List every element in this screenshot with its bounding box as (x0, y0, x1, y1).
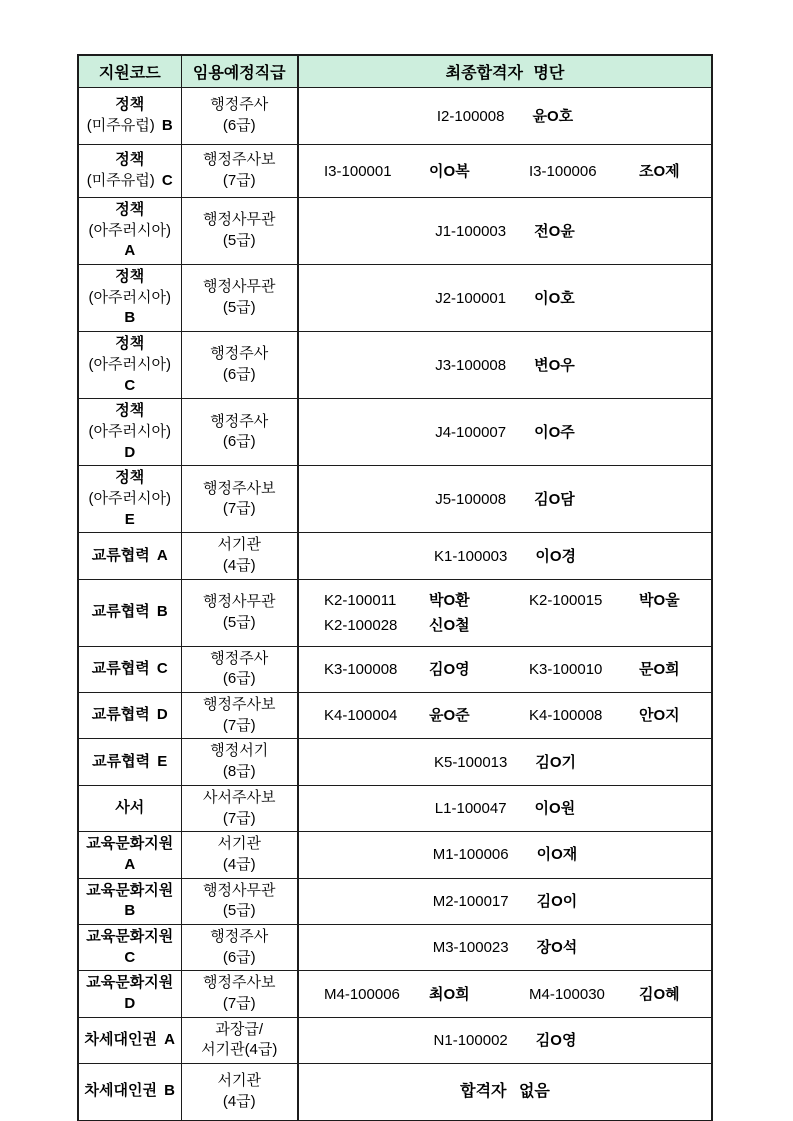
col-header-expected-grade: 임용예정직급 (181, 55, 298, 88)
applicant-name: 이O원 (535, 798, 576, 819)
application-code-cell: 사서 (78, 785, 181, 831)
table-row: 교육문화지원D행정주사보(7급)M4-100006최O희M4-100030김O혜 (78, 971, 712, 1017)
application-code-text: 차세대인권 A (85, 1031, 175, 1048)
winners-cell: L1-100047이O원 (298, 785, 712, 831)
application-code-line: 정책 (80, 267, 180, 288)
winners-line: I3-100001이O복I3-100006조O제 (299, 161, 711, 182)
applicant-id: K2-100015 (529, 590, 602, 611)
applicant-name: 윤O호 (532, 106, 573, 127)
application-code-cell: 차세대인권 A (78, 1017, 181, 1063)
applicant-id: K4-100008 (529, 705, 602, 726)
applicant-name: 박O환 (429, 590, 470, 611)
application-code-line: (아주러시아) B (80, 288, 180, 329)
expected-grade-line: (7급) (182, 716, 298, 737)
applicant-name: 신O철 (429, 615, 470, 636)
application-code-text: (아주러시아) (89, 289, 171, 306)
expected-grade-line: (7급) (182, 809, 298, 830)
table-row: 교류협력 D행정주사보(7급)K4-100004윤O준K4-100008안O지 (78, 693, 712, 739)
applicant-id: M4-100030 (529, 984, 605, 1005)
applicant-id: J2-100001 (435, 288, 506, 309)
application-code-line: (미주유럽) B (80, 116, 180, 137)
winners-cell: I2-100008윤O호 (298, 88, 712, 145)
applicant-id: K5-100013 (434, 752, 507, 773)
winners-cell: K5-100013김O기 (298, 739, 712, 785)
application-code-text: (미주유럽) (87, 172, 162, 189)
application-code-text: 정책 (115, 469, 144, 486)
application-code-text: 교류협력 C (92, 660, 168, 677)
expected-grade-line: (5급) (182, 613, 298, 634)
expected-grade-line: 행정주사 (182, 927, 298, 948)
winners-cell: 합격자 없음 (298, 1064, 712, 1121)
applicant-id: M4-100006 (324, 984, 400, 1005)
expected-grade-cell: 행정사무관(5급) (181, 579, 298, 646)
expected-grade-cell: 행정주사(6급) (181, 646, 298, 692)
table-row: 교류협력 E행정서기(8급)K5-100013김O기 (78, 739, 712, 785)
winners-cell: M2-100017김O이 (298, 878, 712, 924)
expected-grade-line: 과장급/ (182, 1020, 298, 1041)
application-code-line: 교류협력 D (80, 705, 180, 726)
table-row: 정책(미주유럽) B행정주사(6급)I2-100008윤O호 (78, 88, 712, 145)
winners-cell: J4-100007이O주 (298, 399, 712, 466)
expected-grade-cell: 사서주사보(7급) (181, 785, 298, 831)
applicant-id: M1-100006 (433, 844, 509, 865)
application-code-text: 사서 (115, 799, 144, 816)
expected-grade-line: (5급) (182, 231, 298, 252)
application-code-line: 교육문화지원 (80, 881, 180, 902)
applicant-name: 김O기 (535, 752, 576, 773)
expected-grade-line: 서기관 (182, 535, 298, 556)
application-code-line: 정책 (80, 334, 180, 355)
expected-grade-line: 행정사무관 (182, 277, 298, 298)
applicant-id: M3-100023 (433, 937, 509, 958)
expected-grade-line: (6급) (182, 669, 298, 690)
application-code-text: 교육문화지원 (86, 882, 173, 899)
winners-line: J5-100008김O담 (299, 489, 711, 510)
applicant-name: 문O희 (639, 659, 680, 680)
applicant-name: 안O지 (639, 705, 680, 726)
winners-cell: J2-100001이O호 (298, 265, 712, 332)
winners-line: M2-100017김O이 (299, 891, 711, 912)
expected-grade-line: (7급) (182, 994, 298, 1015)
application-code-line: 교류협력 E (80, 752, 180, 773)
expected-grade-line: 서기관(4급) (182, 1040, 298, 1061)
winners-line: I2-100008윤O호 (299, 106, 711, 127)
applicant-name: 이O복 (429, 161, 470, 182)
expected-grade-line: 행정주사 (182, 649, 298, 670)
application-code-line: (아주러시아) C (80, 355, 180, 396)
expected-grade-cell: 서기관(4급) (181, 533, 298, 579)
application-code-line: 정책 (80, 468, 180, 489)
winners-cell: M1-100006이O재 (298, 832, 712, 878)
application-code-text: D (124, 444, 135, 461)
col-header-application-code: 지원코드 (78, 55, 181, 88)
application-code-text: C (124, 377, 135, 394)
document-page: 지원코드 임용예정직급 최종합격자 명단 정책(미주유럽) B행정주사(6급)I… (0, 0, 793, 1121)
applicant-id: M2-100017 (433, 891, 509, 912)
table-row: 정책(아주러시아) D행정주사(6급)J4-100007이O주 (78, 399, 712, 466)
application-code-line: 교류협력 C (80, 659, 180, 680)
expected-grade-cell: 행정주사(6급) (181, 332, 298, 399)
applicant-name: 변O우 (534, 355, 575, 376)
application-code-text: 정책 (115, 96, 144, 113)
applicant-name: 김O담 (534, 489, 575, 510)
expected-grade-line: 행정서기 (182, 741, 298, 762)
winners-cell: K4-100004윤O준K4-100008안O지 (298, 693, 712, 739)
application-code-line: (아주러시아) A (80, 221, 180, 262)
winners-line: N1-100002김O영 (299, 1030, 711, 1051)
expected-grade-line: 행정사무관 (182, 592, 298, 613)
application-code-text: 교류협력 A (92, 547, 168, 564)
application-code-text: (아주러시아) (89, 356, 171, 373)
applicant-id: K3-100010 (529, 659, 602, 680)
table-body: 정책(미주유럽) B행정주사(6급)I2-100008윤O호정책(미주유럽) C… (78, 88, 712, 1121)
application-code-cell: 교육문화지원D (78, 971, 181, 1017)
table-row: 차세대인권 A과장급/서기관(4급)N1-100002김O영 (78, 1017, 712, 1063)
application-code-text: C (162, 172, 173, 189)
application-code-line: 교류협력 A (80, 546, 180, 567)
expected-grade-line: 행정주사보 (182, 695, 298, 716)
applicant-id: I3-100006 (529, 161, 597, 182)
expected-grade-line: (7급) (182, 499, 298, 520)
application-code-line: 정책 (80, 401, 180, 422)
expected-grade-line: (4급) (182, 556, 298, 577)
expected-grade-cell: 행정주사보(7급) (181, 145, 298, 198)
applicant-id: N1-100002 (434, 1030, 508, 1051)
expected-grade-cell: 행정사무관(5급) (181, 878, 298, 924)
application-code-cell: 정책(아주러시아) A (78, 198, 181, 265)
winners-cell: M3-100023장O석 (298, 924, 712, 970)
application-code-cell: 교육문화지원B (78, 878, 181, 924)
applicant-name: 최O희 (429, 984, 470, 1005)
table-row: 정책(아주러시아) B행정사무관(5급)J2-100001이O호 (78, 265, 712, 332)
winners-line: K5-100013김O기 (299, 752, 711, 773)
winners-line: K3-100008김O영K3-100010문O희 (299, 659, 711, 680)
winners-line: M1-100006이O재 (299, 844, 711, 865)
applicant-id: K2-100028 (324, 615, 397, 636)
application-code-line: 교육문화지원 (80, 973, 180, 994)
table-row: 교육문화지원B행정사무관(5급)M2-100017김O이 (78, 878, 712, 924)
winners-cell: K3-100008김O영K3-100010문O희 (298, 646, 712, 692)
table-row: 교육문화지원A서기관(4급)M1-100006이O재 (78, 832, 712, 878)
application-code-text: 차세대인권 B (85, 1082, 175, 1099)
expected-grade-line: 사서주사보 (182, 788, 298, 809)
winners-line: K2-100028신O철 (299, 615, 711, 636)
applicant-name: 이O재 (537, 844, 578, 865)
expected-grade-line: 행정주사보 (182, 479, 298, 500)
application-code-text: E (125, 511, 135, 528)
application-code-cell: 정책(아주러시아) B (78, 265, 181, 332)
winners-line: J3-100008변O우 (299, 355, 711, 376)
application-code-cell: 정책(아주러시아) D (78, 399, 181, 466)
winners-line: K2-100011박O환K2-100015박O울 (299, 590, 711, 611)
application-code-text: (미주유럽) (87, 117, 162, 134)
expected-grade-cell: 행정주사보(7급) (181, 971, 298, 1017)
application-code-text: B (124, 902, 135, 919)
table-row: 정책(아주러시아) C행정주사(6급)J3-100008변O우 (78, 332, 712, 399)
application-code-line: C (80, 948, 180, 969)
winners-cell: J5-100008김O담 (298, 466, 712, 533)
expected-grade-line: 행정주사보 (182, 150, 298, 171)
applicant-id: K2-100011 (324, 590, 396, 611)
table-row: 교육문화지원C행정주사(6급)M3-100023장O석 (78, 924, 712, 970)
expected-grade-line: (5급) (182, 298, 298, 319)
application-code-text: 정책 (115, 402, 144, 419)
winners-cell: K1-100003이O경 (298, 533, 712, 579)
application-code-cell: 교육문화지원C (78, 924, 181, 970)
applicant-name: 장O석 (537, 937, 578, 958)
application-code-text: 교육문화지원 (86, 928, 173, 945)
table-row: 교류협력 A서기관(4급)K1-100003이O경 (78, 533, 712, 579)
application-code-text: B (162, 117, 173, 134)
expected-grade-cell: 서기관(4급) (181, 1064, 298, 1121)
application-code-line: 정책 (80, 200, 180, 221)
expected-grade-cell: 행정사무관(5급) (181, 198, 298, 265)
winners-cell: M4-100006최O희M4-100030김O혜 (298, 971, 712, 1017)
table-row: 정책(아주러시아) E행정주사보(7급)J5-100008김O담 (78, 466, 712, 533)
applicant-id: K4-100004 (324, 705, 397, 726)
application-code-text: 교류협력 E (92, 753, 167, 770)
expected-grade-cell: 행정주사보(7급) (181, 693, 298, 739)
winners-line: J4-100007이O주 (299, 422, 711, 443)
expected-grade-line: 서기관 (182, 1071, 298, 1092)
table-row: 교류협력 B행정사무관(5급)K2-100011박O환K2-100015박O울K… (78, 579, 712, 646)
winners-cell: I3-100001이O복I3-100006조O제 (298, 145, 712, 198)
application-code-cell: 교류협력 A (78, 533, 181, 579)
expected-grade-cell: 행정서기(8급) (181, 739, 298, 785)
table-row: 교류협력 C행정주사(6급)K3-100008김O영K3-100010문O희 (78, 646, 712, 692)
application-code-cell: 정책(아주러시아) E (78, 466, 181, 533)
winners-line: L1-100047이O원 (299, 798, 711, 819)
table-row: 정책(미주유럽) C행정주사보(7급)I3-100001이O복I3-100006… (78, 145, 712, 198)
expected-grade-line: 행정주사 (182, 412, 298, 433)
expected-grade-line: (6급) (182, 948, 298, 969)
winners-line: K4-100004윤O준K4-100008안O지 (299, 705, 711, 726)
table-row: 차세대인권 B서기관(4급)합격자 없음 (78, 1064, 712, 1121)
applicant-id: J5-100008 (435, 489, 506, 510)
application-code-text: B (124, 309, 135, 326)
winners-line: J2-100001이O호 (299, 288, 711, 309)
application-code-line: 정책 (80, 150, 180, 171)
winners-line: K1-100003이O경 (299, 546, 711, 567)
applicant-name: 김O혜 (639, 984, 680, 1005)
expected-grade-cell: 과장급/서기관(4급) (181, 1017, 298, 1063)
application-code-text: (아주러시아) (89, 423, 171, 440)
expected-grade-cell: 행정주사(6급) (181, 399, 298, 466)
table-row: 정책(아주러시아) A행정사무관(5급)J1-100003전O윤 (78, 198, 712, 265)
application-code-line: (아주러시아) E (80, 489, 180, 530)
applicant-id: L1-100047 (435, 798, 507, 819)
col-header-final-pass-list: 최종합격자 명단 (298, 55, 712, 88)
application-code-cell: 정책(미주유럽) C (78, 145, 181, 198)
application-code-cell: 차세대인권 B (78, 1064, 181, 1121)
application-code-text: 정책 (115, 201, 144, 218)
expected-grade-line: (6급) (182, 432, 298, 453)
application-code-cell: 교류협력 C (78, 646, 181, 692)
application-code-text: 교육문화지원 (86, 835, 173, 852)
applicant-id: J4-100007 (435, 422, 506, 443)
application-code-line: 교육문화지원 (80, 927, 180, 948)
application-code-text: C (124, 949, 135, 966)
expected-grade-line: 행정사무관 (182, 210, 298, 231)
expected-grade-line: (4급) (182, 1092, 298, 1113)
applicant-name: 김O영 (429, 659, 470, 680)
expected-grade-line: 서기관 (182, 834, 298, 855)
application-code-line: 사서 (80, 798, 180, 819)
winners-cell: J3-100008변O우 (298, 332, 712, 399)
application-code-text: A (124, 242, 135, 259)
application-code-text: 정책 (115, 268, 144, 285)
applicant-id: I2-100008 (437, 106, 505, 127)
applicant-id: I3-100001 (324, 161, 392, 182)
application-code-text: 정책 (115, 335, 144, 352)
header-row: 지원코드 임용예정직급 최종합격자 명단 (78, 55, 712, 88)
winners-line: M3-100023장O석 (299, 937, 711, 958)
application-code-line: 차세대인권 B (80, 1081, 180, 1102)
applicant-name: 조O제 (639, 161, 680, 182)
winners-line: J1-100003전O윤 (299, 221, 711, 242)
applicant-id: K3-100008 (324, 659, 397, 680)
application-code-line: 정책 (80, 95, 180, 116)
application-code-cell: 정책(미주유럽) B (78, 88, 181, 145)
application-code-cell: 교류협력 D (78, 693, 181, 739)
applicant-id: J3-100008 (435, 355, 506, 376)
applicant-id: K1-100003 (434, 546, 507, 567)
expected-grade-line: 행정사무관 (182, 881, 298, 902)
application-code-line: D (80, 994, 180, 1015)
expected-grade-cell: 행정주사(6급) (181, 88, 298, 145)
expected-grade-line: (4급) (182, 855, 298, 876)
applicant-name: 이O호 (534, 288, 575, 309)
application-code-line: (아주러시아) D (80, 422, 180, 463)
expected-grade-line: (5급) (182, 901, 298, 922)
applicant-name: 전O윤 (534, 221, 575, 242)
application-code-line: 교류협력 B (80, 602, 180, 623)
application-code-text: (아주러시아) (89, 490, 171, 507)
application-code-cell: 교육문화지원A (78, 832, 181, 878)
expected-grade-line: 행정주사보 (182, 973, 298, 994)
applicant-name: 윤O준 (429, 705, 470, 726)
expected-grade-cell: 행정주사(6급) (181, 924, 298, 970)
application-code-text: 교류협력 D (92, 706, 168, 723)
expected-grade-cell: 서기관(4급) (181, 832, 298, 878)
expected-grade-line: 행정주사 (182, 95, 298, 116)
application-code-line: (미주유럽) C (80, 171, 180, 192)
expected-grade-cell: 행정주사보(7급) (181, 466, 298, 533)
application-code-text: D (124, 995, 135, 1012)
final-pass-table: 지원코드 임용예정직급 최종합격자 명단 정책(미주유럽) B행정주사(6급)I… (77, 54, 713, 1121)
applicant-name: 이O주 (534, 422, 575, 443)
application-code-text: 정책 (115, 151, 144, 168)
application-code-line: B (80, 901, 180, 922)
applicant-name: 김O영 (536, 1030, 577, 1051)
application-code-line: 차세대인권 A (80, 1030, 180, 1051)
table-row: 사서사서주사보(7급)L1-100047이O원 (78, 785, 712, 831)
application-code-cell: 정책(아주러시아) C (78, 332, 181, 399)
expected-grade-line: (6급) (182, 365, 298, 386)
application-code-text: 교류협력 B (92, 603, 168, 620)
expected-grade-line: (8급) (182, 762, 298, 783)
applicant-name: 김O이 (537, 891, 578, 912)
expected-grade-line: 행정주사 (182, 344, 298, 365)
application-code-cell: 교류협력 B (78, 579, 181, 646)
applicant-name: 이O경 (535, 546, 576, 567)
application-code-line: A (80, 855, 180, 876)
expected-grade-cell: 행정사무관(5급) (181, 265, 298, 332)
applicant-id: J1-100003 (435, 221, 506, 242)
applicant-name: 박O울 (639, 590, 680, 611)
winners-cell: K2-100011박O환K2-100015박O울K2-100028신O철 (298, 579, 712, 646)
expected-grade-line: (7급) (182, 171, 298, 192)
application-code-text: 교육문화지원 (86, 974, 173, 991)
application-code-cell: 교류협력 E (78, 739, 181, 785)
no-pass-text: 합격자 없음 (299, 1081, 711, 1102)
winners-cell: N1-100002김O영 (298, 1017, 712, 1063)
winners-line: M4-100006최O희M4-100030김O혜 (299, 984, 711, 1005)
application-code-text: A (124, 856, 135, 873)
expected-grade-line: (6급) (182, 116, 298, 137)
winners-cell: J1-100003전O윤 (298, 198, 712, 265)
application-code-line: 교육문화지원 (80, 834, 180, 855)
application-code-text: (아주러시아) (89, 222, 171, 239)
